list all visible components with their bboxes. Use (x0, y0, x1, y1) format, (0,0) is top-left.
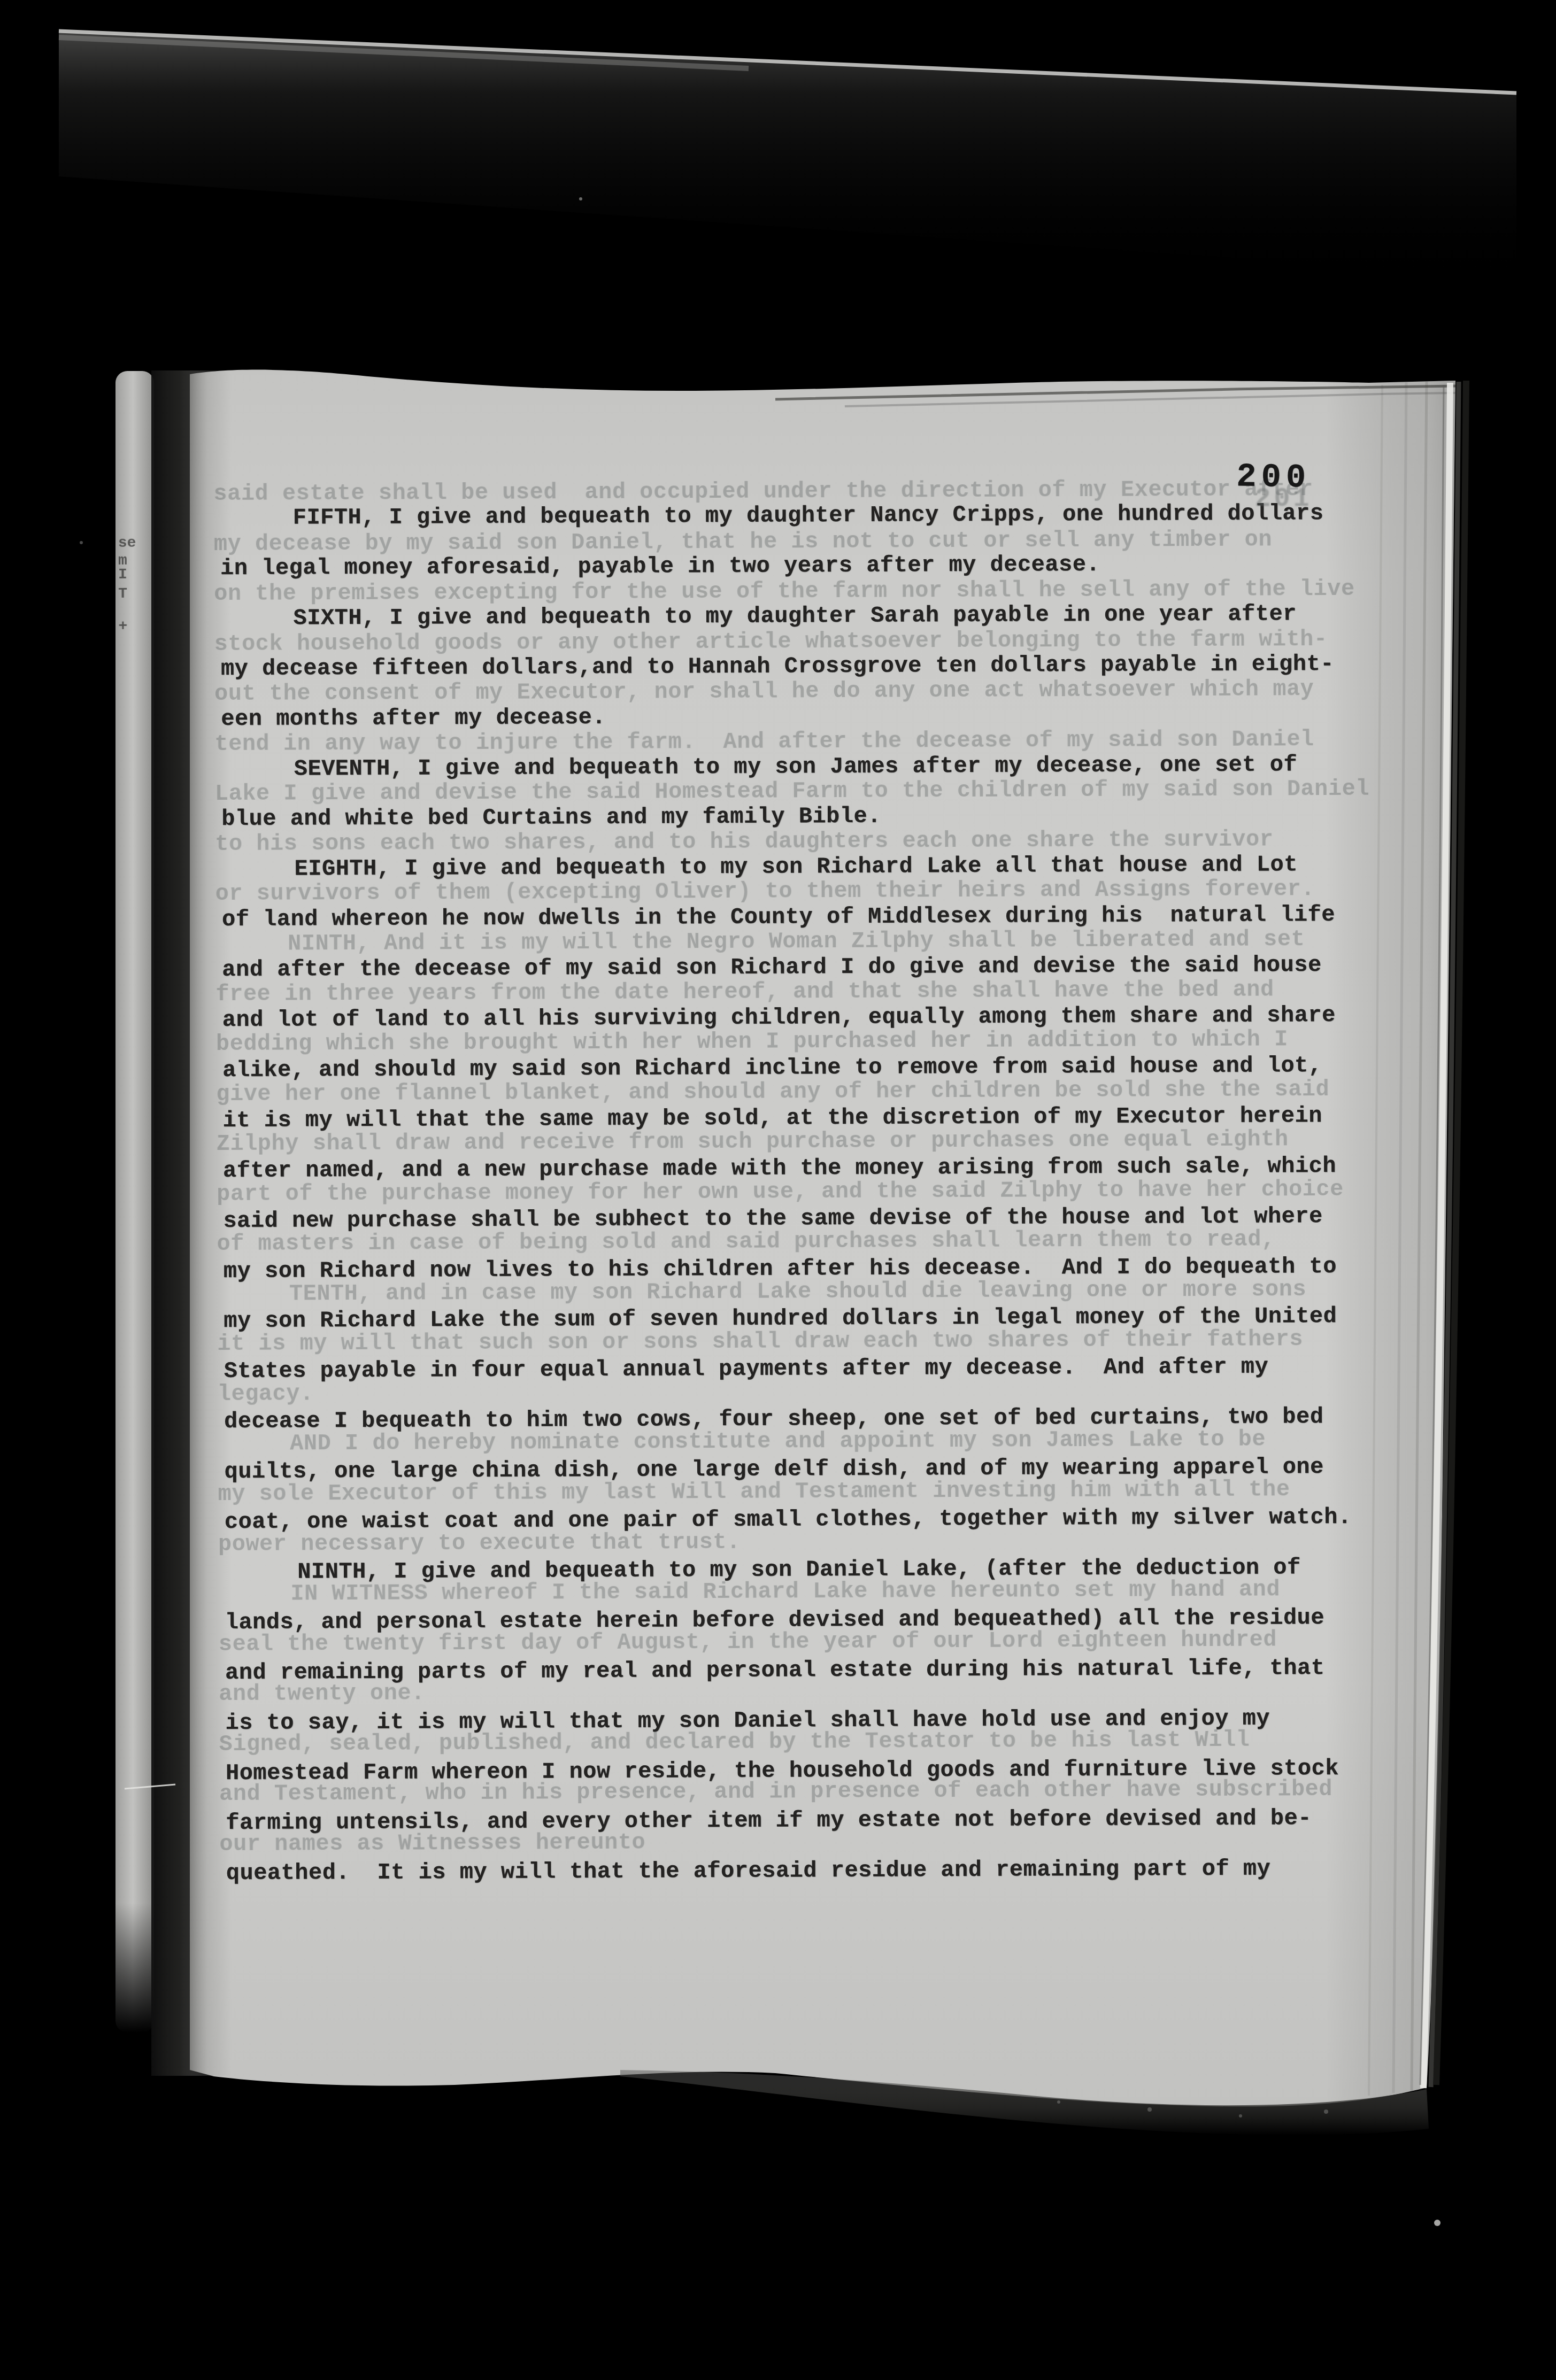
ghost-text-line: and twenty one. (219, 1682, 425, 1706)
text-line: States payable in four equal annual paym… (224, 1356, 1269, 1383)
text-line: queathed. It is my will that the aforesa… (226, 1858, 1271, 1885)
ghost-text-line: or survivors of them (excepting Oliver) … (215, 878, 1315, 905)
ghost-text-line: legacy. (218, 1382, 314, 1405)
margin-fragment: + (118, 619, 127, 635)
margin-fragments: semIT+ (0, 0, 1551, 1)
text-line: of land whereon he now dwells in the Cou… (222, 903, 1335, 931)
text-line: coat, one waist coat and one pair of sma… (225, 1506, 1352, 1533)
margin-fragment: I (118, 567, 127, 583)
ghost-text-line: NINTH, And it is my will the Negro Woman… (288, 928, 1305, 955)
text-line: een months after my decease. (221, 706, 606, 730)
text-line: and after the decease of my said son Ric… (222, 954, 1321, 981)
text-line: is to say, it is my will that my son Dan… (225, 1707, 1270, 1734)
ghost-text-line: stock household goods or any other artic… (214, 628, 1328, 655)
text-line: NINTH, I give and bequeath to my son Dan… (297, 1556, 1301, 1583)
text-line: decease I bequeath to him two cows, four… (224, 1405, 1323, 1433)
ghost-text-line: Lake I give and devise the said Homestea… (215, 778, 1369, 805)
text-line: in legal money aforesaid, payable in two… (220, 553, 1100, 579)
text-line: after named, and a new purchase made wit… (223, 1155, 1336, 1182)
text-line: my son Richard now lives to his children… (224, 1255, 1337, 1282)
text-line: FIFTH, I give and bequeath to my daughte… (293, 502, 1324, 529)
text-line: quilts, one large china dish, one large … (224, 1456, 1323, 1483)
page-number: 200 (1236, 458, 1311, 497)
margin-fragment: T (118, 586, 127, 602)
text-line: blue and white bed Curtains and my famil… (221, 805, 881, 830)
ghost-text-line: my decease by my said son Daniel, that h… (214, 528, 1272, 555)
text-line: SEVENTH, I give and bequeath to my son J… (294, 753, 1298, 780)
microfilm-scan-page: { "document": { "page_number": "200", "p… (0, 0, 1556, 2380)
text-line: lands, and personal estate herein before… (225, 1606, 1324, 1634)
text-line: it is my will that the same may be sold,… (222, 1104, 1322, 1132)
text-line: and lot of land to all his surviving chi… (222, 1004, 1336, 1031)
text-line: Homestead Farm whereon I now reside, the… (226, 1757, 1339, 1784)
text-line: and remaining parts of my real and perso… (225, 1657, 1324, 1684)
text-line: alike, and should my said son Richard in… (222, 1054, 1322, 1081)
text-line: my son Richard Lake the sum of seven hun… (224, 1305, 1337, 1332)
margin-fragment: se (118, 535, 136, 552)
text-line: SIXTH, I give and bequeath to my daughte… (293, 602, 1297, 629)
text-line: farming untensils, and every other item … (226, 1807, 1312, 1835)
ghost-text-line: to his sons each two shares, and to his … (215, 828, 1273, 855)
will-text-lines: FIFTH, I give and bequeath to my daughte… (0, 0, 1551, 1)
bleedthrough-text-lines: said estate shall be used and occupied u… (0, 0, 1551, 1)
ghost-text-line: free in three years from the date hereof… (215, 978, 1274, 1006)
ghost-text-line: out the consent of my Executor, nor shal… (214, 678, 1314, 705)
text-line: said new purchase shall be subhect to th… (223, 1205, 1322, 1232)
text-line: my decease fifteen dollars,and to Hannah… (221, 653, 1334, 680)
text-line: EIGHTH, I give and bequeath to my son Ri… (294, 854, 1298, 880)
ghost-text-line: tend in any way to injure the farm. And … (214, 728, 1314, 755)
ghost-text-line: bedding which she brought with her when … (216, 1028, 1288, 1055)
page-text-layer: said estate shall be used and occupied u… (0, 0, 1556, 2380)
